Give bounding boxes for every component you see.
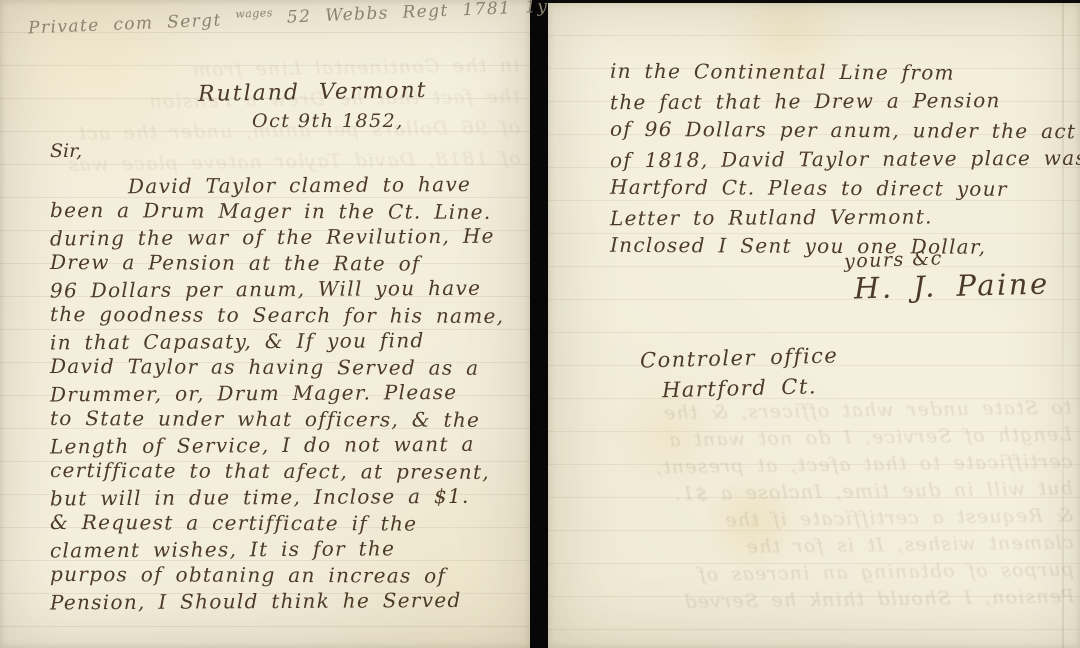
letter-page-2: to State under what officers, & theLengt… — [548, 3, 1080, 648]
ghost-line: but will in due time, Inclose a $1. — [558, 475, 1073, 509]
address-line: Hartford Ct. — [662, 371, 839, 406]
place-line: Rutland Vermont — [198, 78, 428, 107]
ghost-line: Length of Service, I do not want a — [557, 421, 1072, 455]
page-2-body-text: in the Continental Line fromthe fact tha… — [610, 58, 1070, 261]
body-line: during the war of the Revilution, He — [50, 223, 522, 252]
address-line: Controler office — [640, 340, 839, 375]
body-line: to State under what officers, & the — [50, 405, 522, 433]
body-line: Letter to Rutland Vermont. — [610, 202, 1070, 233]
body-line: Hartford Ct. Pleas to direct your — [610, 173, 1070, 204]
date-line: Oct 9th 1852, — [252, 110, 404, 132]
signature: H. J. Paine — [854, 266, 1050, 305]
body-line: David Taylor clamed to have — [128, 171, 522, 199]
body-line: of 1818, David Taylor nateve place was — [610, 144, 1070, 175]
body-line: 96 Dollars per anum, Will you have — [50, 275, 522, 304]
pencil-docket-superscript: wages — [235, 6, 273, 21]
body-line: clament wishes, It is for the — [50, 535, 522, 564]
body-line: David Taylor as having Served as a — [50, 353, 522, 381]
recipient-address-block: Controler officeHartford Ct. — [640, 343, 838, 403]
ghost-line: purpos of obtaning an increas of — [559, 556, 1074, 590]
ghost-line: Pension, I Should think he Served — [559, 583, 1074, 617]
body-line: Pension, I Should think he Served — [50, 587, 522, 616]
ghost-line: & Request a certifficate if the — [558, 502, 1073, 536]
body-line: Drew a Pension at the Rate of — [50, 249, 522, 277]
body-line: been a Drum Mager in the Ct. Line. — [50, 197, 522, 225]
body-line: Inclosed I Sent you one Dollar, — [610, 231, 1070, 262]
salutation: Sir, — [50, 140, 82, 162]
page-1-body-text: David Taylor clamed to havebeen a Drum M… — [50, 172, 522, 614]
ghost-line: certifficate to that afect, at present, — [557, 448, 1072, 482]
body-line: certifficate to that afect, at present, — [50, 457, 522, 485]
body-line: Drummer, or, Drum Mager. Please — [50, 379, 522, 408]
pencil-docket-annotation: Private com Sergt wages 52 Webbs Regt 17… — [28, 0, 528, 38]
letter-page-1: in the Continental Line fromthe fact tha… — [0, 0, 530, 648]
body-line: Length of Service, I do not want a — [50, 431, 522, 460]
ghost-line: clament wishes, It is for the — [558, 529, 1073, 563]
body-line: in the Continental Line from — [610, 57, 1070, 88]
pencil-docket-prefix: Private com Sergt — [28, 10, 222, 38]
body-line: but will in due time, Inclose a $1. — [50, 483, 522, 512]
pencil-docket-suffix: 52 Webbs Regt 1781 1yr — [287, 0, 559, 28]
body-line: the fact that he Drew a Pension — [610, 86, 1070, 117]
photo-top-edge-shadow — [548, 0, 1080, 3]
body-line: & Request a certifficate if the — [50, 509, 522, 537]
letter-photo: in the Continental Line fromthe fact tha… — [0, 0, 1080, 648]
body-line: purpos of obtaning an increas of — [50, 561, 522, 589]
body-line: of 96 Dollars per anum, under the act — [610, 115, 1070, 146]
body-line: in that Capasaty, & If you find — [50, 327, 522, 356]
body-line: the goodness to Search for his name, — [50, 301, 522, 329]
ink-showthrough-right: to State under what officers, & theLengt… — [557, 394, 1075, 617]
